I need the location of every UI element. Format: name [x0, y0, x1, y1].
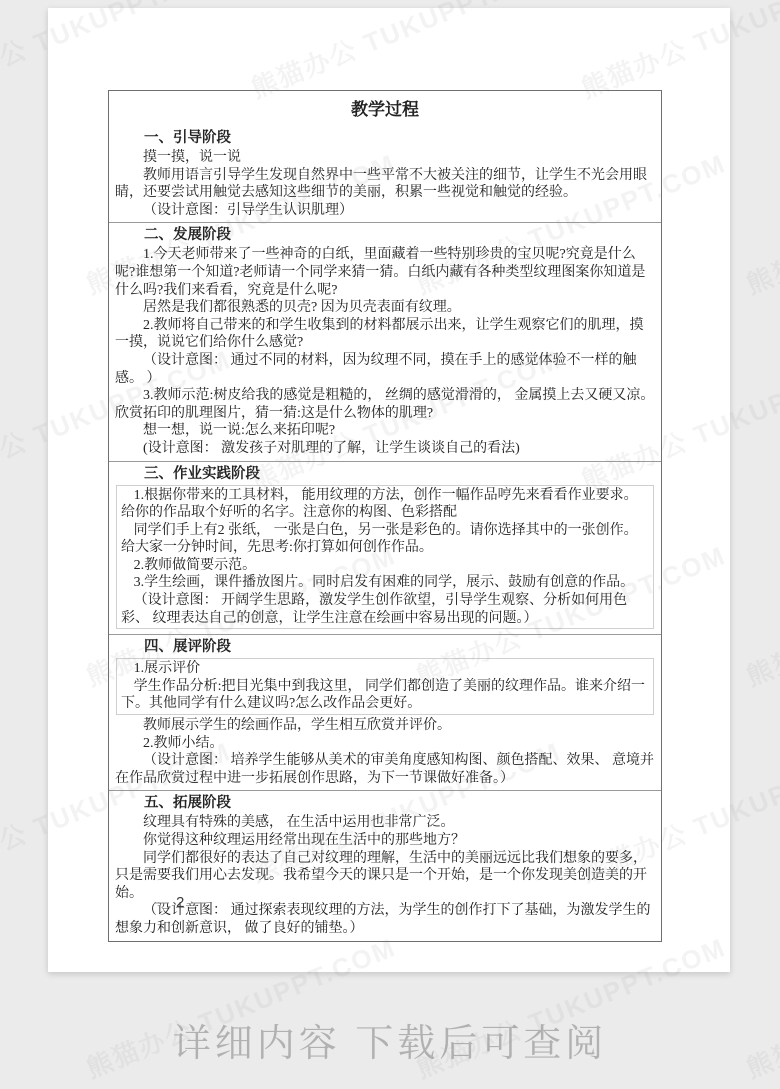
section-blocks: 1.今天老师带来了一些神奇的白纸，里面藏着一些特别珍贵的宝贝呢?究竟是什么呢?谁… [115, 246, 655, 457]
paragraph: 2.教师做简要示范。 [121, 557, 649, 575]
section-row: 二、发展阶段 1.今天老师带来了一些神奇的白纸，里面藏着一些特别珍贵的宝贝呢?究… [109, 222, 661, 460]
section-blocks: 1.展示评价学生作品分析:把目光集中到我这里， 同学们都创造了美丽的纹理作品。谁… [115, 658, 655, 787]
document-page: 教学过程 一、引导阶段 摸一摸，说一说教师用语言引导学生发现自然界中一些平常不大… [48, 8, 730, 972]
paragraph: 学生作品分析:把目光集中到我这里， 同学们都创造了美丽的纹理作品。谁来介绍一下。… [121, 678, 649, 713]
paragraph: 2.教师将自己带来的和学生收集到的材料都展示出来，让学生观察它们的肌理，摸一摸，… [115, 317, 655, 352]
section-row: 一、引导阶段 摸一摸，说一说教师用语言引导学生发现自然界中一些平常不大被关注的细… [109, 126, 661, 222]
boxed-block: 1.展示评价学生作品分析:把目光集中到我这里， 同学们都创造了美丽的纹理作品。谁… [116, 658, 654, 715]
boxed-block: 1.根据你带来的工具材料， 能用纹理的方法，创作一幅作品哼先来看看作业要求。给你… [116, 485, 654, 630]
paragraph: 想一想，说一说:怎么来拓印呢? [115, 422, 655, 440]
paragraph: （设计意图： 通过不同的材料，因为纹理不同，摸在手上的感觉体验不一样的触感。 ） [115, 352, 655, 387]
section-blocks: 1.根据你带来的工具材料， 能用纹理的方法，创作一幅作品哼先来看看作业要求。给你… [115, 485, 655, 630]
paragraph: 1.今天老师带来了一些神奇的白纸，里面藏着一些特别珍贵的宝贝呢?究竟是什么呢?谁… [115, 246, 655, 299]
section-row: 五、拓展阶段 纹理具有特殊的美感， 在生活中运用也非常广泛。你觉得这种纹理运用经… [109, 790, 661, 940]
section-heading: 四、展评阶段 [115, 638, 655, 657]
section-blocks: 摸一摸，说一说教师用语言引导学生发现自然界中一些平常不大被关注的细节，让学生不光… [115, 149, 655, 219]
section-heading: 二、发展阶段 [115, 226, 655, 245]
lesson-table: 教学过程 一、引导阶段 摸一摸，说一说教师用语言引导学生发现自然界中一些平常不大… [108, 90, 662, 942]
section-row: 三、作业实践阶段 1.根据你带来的工具材料， 能用纹理的方法，创作一幅作品哼先来… [109, 461, 661, 635]
text-block: 教师展示学生的绘画作品，学生相互欣赏并评价。2.教师小结。（设计意图： 培养学生… [115, 717, 655, 787]
paragraph: 1.根据你带来的工具材料， 能用纹理的方法，创作一幅作品哼先来看看作业要求。给你… [121, 487, 649, 522]
page-number: —2— [148, 894, 213, 911]
text-block: 摸一摸，说一说教师用语言引导学生发现自然界中一些平常不大被关注的细节，让学生不光… [115, 149, 655, 219]
paragraph: 3.学生绘画，课件播放图片。同时启发有困难的同学，展示、鼓励有创意的作品。 [121, 574, 649, 592]
footer-banner: 详细内容 下载后可查阅 [0, 1012, 780, 1067]
paragraph: 教师展示学生的绘画作品，学生相互欣赏并评价。 [115, 717, 655, 735]
section-heading: 三、作业实践阶段 [115, 465, 655, 484]
paragraph: （设计意图： 开阔学生思路，激发学生创作欲望，引导学生观察、分析如何用色彩、 纹… [121, 592, 649, 627]
paragraph: 同学们手上有2 张纸， 一张是白色，另一张是彩色的。请你选择其中的一张创作。给大… [121, 522, 649, 557]
paragraph: 2.教师小结。 [115, 735, 655, 753]
paragraph: (设计意图： 激发孩子对肌理的了解，让学生谈谈自己的看法) [115, 440, 655, 458]
page-number-dash-left: — [148, 894, 176, 911]
paragraph: 1.展示评价 [121, 660, 649, 678]
paragraph: 教师用语言引导学生发现自然界中一些平常不大被关注的细节，让学生不光会用眼睛，还要… [115, 167, 655, 202]
page-canvas: { "document": { "title": "教学过程", "page_n… [0, 0, 780, 1089]
watermark-text: 熊猫办公 TUKUPPT.COM [740, 535, 780, 693]
document-title: 教学过程 [109, 91, 661, 126]
page-number-dash-right: — [185, 894, 213, 911]
page-number-value: 2 [176, 894, 185, 911]
paragraph: （设计意图：引导学生认识肌理） [115, 202, 655, 220]
paragraph: 3.教师示范:树皮给我的感觉是粗糙的， 丝绸的感觉滑滑的， 金属摸上去又硬又凉。… [115, 387, 655, 422]
paragraph: （设计意图： 培养学生能够从美术的审美角度感知构图、颜色搭配、效果、 意境并在作… [115, 752, 655, 787]
section-row: 四、展评阶段 1.展示评价学生作品分析:把目光集中到我这里， 同学们都创造了美丽… [109, 634, 661, 790]
paragraph: 你觉得这种纹理运用经常出现在生活中的那些地方？ [115, 832, 655, 850]
section-heading: 一、引导阶段 [115, 129, 655, 148]
section-blocks: 纹理具有特殊的美感， 在生活中运用也非常广泛。你觉得这种纹理运用经常出现在生活中… [115, 814, 655, 937]
paragraph: 摸一摸，说一说 [115, 149, 655, 167]
text-block: 1.今天老师带来了一些神奇的白纸，里面藏着一些特别珍贵的宝贝呢?究竟是什么呢?谁… [115, 246, 655, 457]
section-heading: 五、拓展阶段 [115, 794, 655, 813]
watermark-text: 熊猫办公 TUKUPPT.COM [740, 143, 780, 301]
paragraph: 居然是我们都很熟悉的贝壳? 因为贝壳表面有纹理。 [115, 299, 655, 317]
paragraph: 纹理具有特殊的美感， 在生活中运用也非常广泛。 [115, 814, 655, 832]
text-block: 纹理具有特殊的美感， 在生活中运用也非常广泛。你觉得这种纹理运用经常出现在生活中… [115, 814, 655, 937]
